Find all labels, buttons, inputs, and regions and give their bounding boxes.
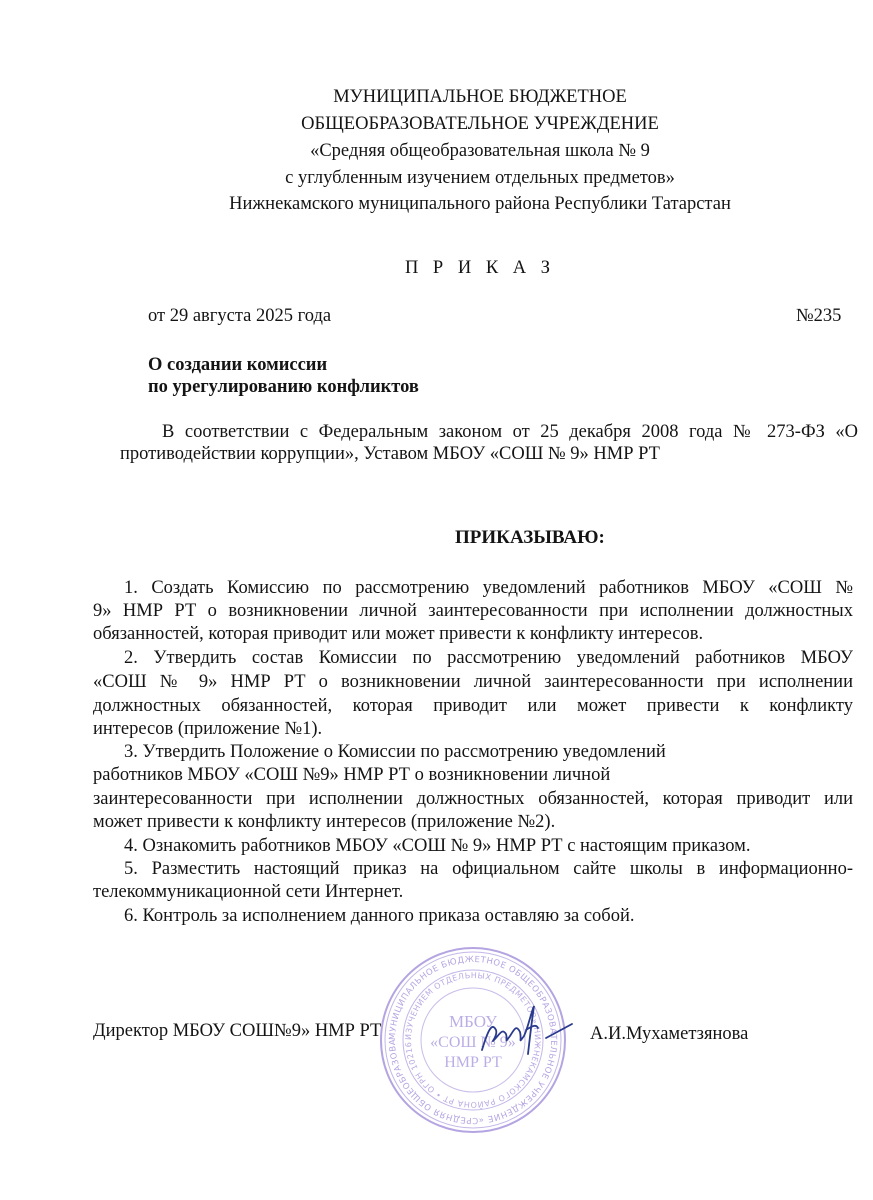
item-3-line-3: заинтересованности при исполнении должно…: [93, 788, 853, 812]
document-number: №235: [796, 306, 841, 327]
org-name-line-1: МУНИЦИПАЛЬНОЕ БЮДЖЕТНОЕ: [0, 84, 873, 110]
item-2-line-3: должностных обязанностей, которая привод…: [93, 695, 853, 719]
item-1-line-1: 1. Создать Комиссию по рассмотрению увед…: [124, 577, 853, 601]
handwritten-signature-icon: [470, 1000, 580, 1060]
document-title: П Р И К А З: [0, 258, 873, 279]
item-3-line-2: работников МБОУ «СОШ №9» НМР РТ о возник…: [93, 764, 610, 786]
document-date: от 29 августа 2025 года: [148, 306, 331, 327]
subject-line-1: О создании комиссии: [148, 355, 327, 376]
signatory-position: Директор МБОУ СОШ№9» НМР РТ: [93, 1021, 381, 1042]
org-name-line-5: Нижнекамского муниципального района Респ…: [0, 191, 873, 217]
signatory-name: А.И.Мухаметзянова: [590, 1024, 748, 1045]
preamble-line-2: противодействии коррупции», Уставом МБОУ…: [120, 443, 660, 465]
item-2-line-2: «СОШ № 9» НМР РТ о возникновении личной …: [93, 671, 853, 695]
org-name-line-2: ОБЩЕОБРАЗОВАТЕЛЬНОЕ УЧРЕЖДЕНИЕ: [0, 111, 873, 137]
item-3-line-1: 3. Утвердить Положение о Комиссии по рас…: [124, 741, 666, 763]
item-1-line-2: 9» НМР РТ о возникновении личной заинтер…: [93, 600, 853, 624]
item-2-line-4: интересов (приложение №1).: [93, 718, 322, 740]
preamble-line-1: В соответствии с Федеральным законом от …: [162, 421, 858, 445]
item-3-line-4: может привести к конфликту интересов (пр…: [93, 811, 555, 833]
org-name-line-4: с углубленным изучением отдельных предме…: [0, 165, 873, 191]
item-6-line-1: 6. Контроль за исполнением данного прика…: [124, 905, 634, 927]
org-name-line-3: «Средняя общеобразовательная школа № 9: [0, 138, 873, 164]
item-4-line-1: 4. Ознакомить работников МБОУ «СОШ № 9» …: [124, 835, 750, 857]
item-5-line-2: телекоммуникационной сети Интернет.: [93, 881, 403, 903]
subject-line-2: по урегулированию конфликтов: [148, 377, 419, 398]
item-2-line-1: 2. Утвердить состав Комиссии по рассмотр…: [124, 647, 853, 671]
order-word: ПРИКАЗЫВАЮ:: [455, 527, 605, 549]
item-5-line-1: 5. Разместить настоящий приказ на официа…: [124, 858, 853, 882]
item-1-line-3: обязанностей, которая приводит или может…: [93, 623, 703, 645]
